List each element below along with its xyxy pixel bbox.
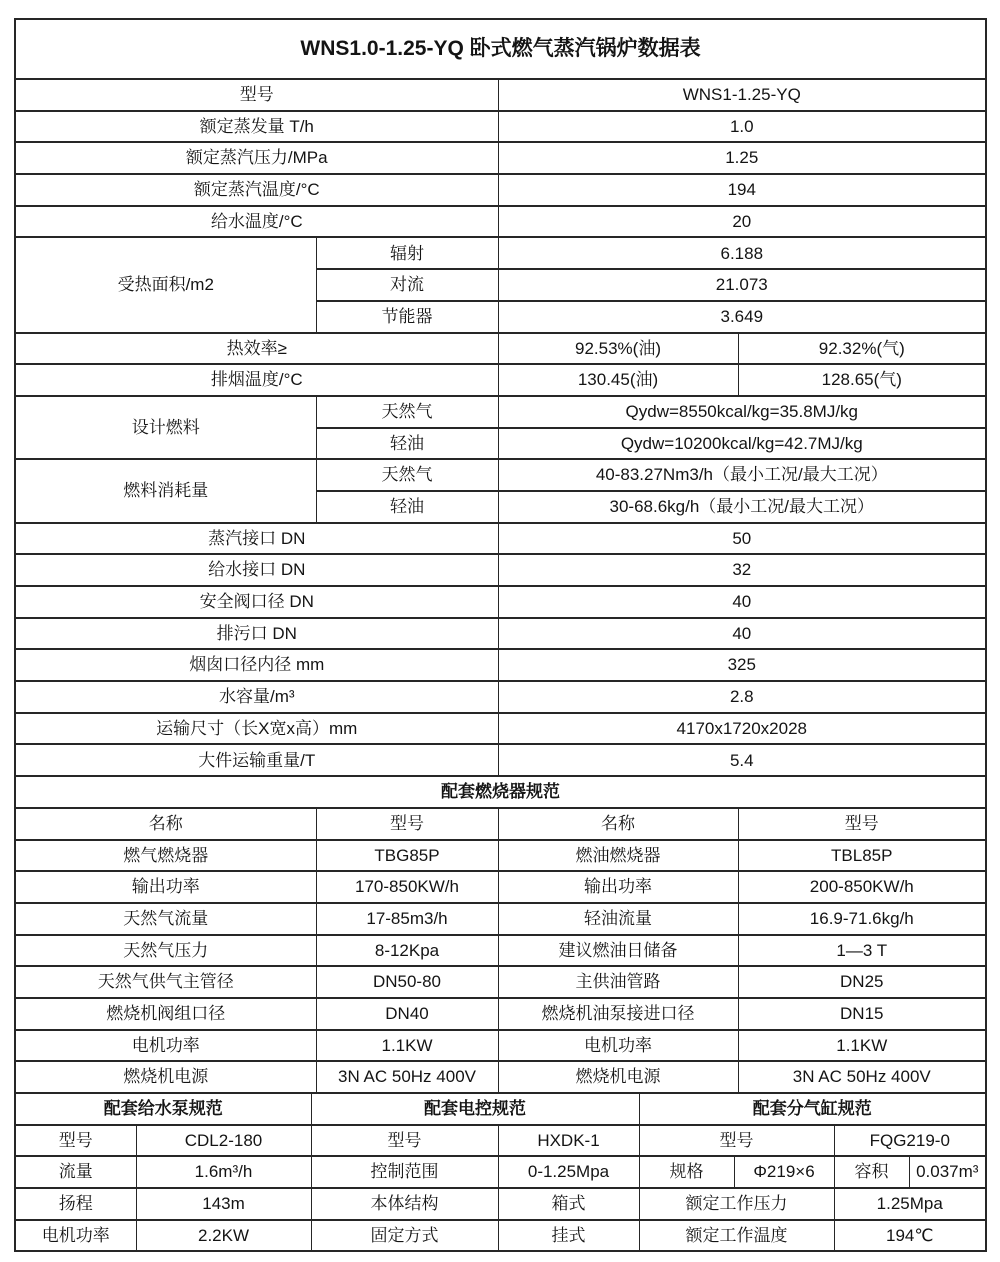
table-row: 蒸汽接口 DN50 — [15, 523, 986, 555]
spec-sublabel: 对流 — [316, 269, 498, 301]
spec-label: 流量 — [15, 1156, 136, 1188]
column-header: 型号 — [316, 808, 498, 840]
spec-value: 170-850KW/h — [316, 871, 498, 903]
spec-label: 排烟温度/°C — [15, 364, 498, 396]
spec-label: 输出功率 — [498, 871, 738, 903]
spec-value: TBG85P — [316, 840, 498, 872]
spec-value: 40 — [498, 586, 986, 618]
spec-value: 20 — [498, 206, 986, 238]
spec-label: 额定工作压力 — [639, 1188, 834, 1220]
spec-label: 受热面积/m2 — [15, 237, 316, 332]
spec-value: Φ219×6 — [734, 1156, 834, 1188]
spec-value: WNS1-1.25-YQ — [498, 79, 986, 111]
spec-label: 型号 — [15, 1125, 136, 1157]
spec-label: 控制范围 — [311, 1156, 498, 1188]
table-row: 运输尺寸（长X宽x高）mm4170x1720x2028 — [15, 713, 986, 745]
table-row: 扬程143m本体结构箱式额定工作压力1.25Mpa — [15, 1188, 986, 1220]
spec-label: 额定蒸发量 T/h — [15, 111, 498, 143]
spec-label: 燃烧机油泵接进口径 — [498, 998, 738, 1030]
table-row: 烟囱口径内径 mm325 — [15, 649, 986, 681]
table-row: 水容量/m³2.8 — [15, 681, 986, 713]
table-row: 额定蒸发量 T/h1.0 — [15, 111, 986, 143]
spec-sublabel: 节能器 — [316, 301, 498, 333]
table-row: 受热面积/m2辐射6.188 — [15, 237, 986, 269]
section-header: 配套分气缸规范 — [639, 1093, 986, 1125]
spec-label: 本体结构 — [311, 1188, 498, 1220]
spec-label: 型号 — [15, 79, 498, 111]
spec-label: 燃烧机电源 — [498, 1061, 738, 1093]
spec-label: 固定方式 — [311, 1220, 498, 1252]
spec-sublabel: 天然气 — [316, 459, 498, 491]
table-row: 燃烧机阀组口径DN40燃烧机油泵接进口径DN15 — [15, 998, 986, 1030]
table-row: 流量1.6m³/h控制范围0-1.25Mpa规格Φ219×6容积0.037m³ — [15, 1156, 986, 1188]
spec-label: 天然气供气主管径 — [15, 966, 316, 998]
table-row: 额定蒸汽温度/°C194 — [15, 174, 986, 206]
spec-label: 建议燃油日储备 — [498, 935, 738, 967]
spec-value: 2.8 — [498, 681, 986, 713]
spec-value: 1.6m³/h — [136, 1156, 311, 1188]
table-row: 配套燃烧器规范 — [15, 776, 986, 808]
spec-value: 40-83.27Nm3/h（最小工况/最大工况） — [498, 459, 986, 491]
spec-value: 325 — [498, 649, 986, 681]
spec-label: 安全阀口径 DN — [15, 586, 498, 618]
section-header: 配套电控规范 — [311, 1093, 639, 1125]
table-row: 安全阀口径 DN40 — [15, 586, 986, 618]
page: WNS1.0-1.25-YQ 卧式燃气蒸汽锅炉数据表型号WNS1-1.25-YQ… — [0, 0, 1000, 1262]
spec-value: 32 — [498, 554, 986, 586]
spec-value: 4170x1720x2028 — [498, 713, 986, 745]
table-row: 排烟温度/°C130.45(油)128.65(气) — [15, 364, 986, 396]
spec-label: 容积 — [834, 1156, 909, 1188]
spec-value: 0-1.25Mpa — [498, 1156, 639, 1188]
spec-label: 燃油燃烧器 — [498, 840, 738, 872]
section-header: 配套燃烧器规范 — [15, 776, 986, 808]
spec-value: 3.649 — [498, 301, 986, 333]
spec-value: Qydw=8550kcal/kg=35.8MJ/kg — [498, 396, 986, 428]
table-row: 天然气压力8-12Kpa建议燃油日储备1—3 T — [15, 935, 986, 967]
spec-label: 排污口 DN — [15, 618, 498, 650]
table-row: WNS1.0-1.25-YQ 卧式燃气蒸汽锅炉数据表 — [15, 19, 986, 79]
spec-label: 燃烧机电源 — [15, 1061, 316, 1093]
spec-value: 3N AC 50Hz 400V — [738, 1061, 986, 1093]
spec-value: 16.9-71.6kg/h — [738, 903, 986, 935]
spec-value: TBL85P — [738, 840, 986, 872]
spec-label: 额定工作温度 — [639, 1220, 834, 1252]
table-row: 给水温度/°C20 — [15, 206, 986, 238]
table-title: WNS1.0-1.25-YQ 卧式燃气蒸汽锅炉数据表 — [15, 19, 986, 79]
spec-label: 烟囱口径内径 mm — [15, 649, 498, 681]
spec-value: DN25 — [738, 966, 986, 998]
spec-label: 运输尺寸（长X宽x高）mm — [15, 713, 498, 745]
spec-value: 92.53%(油) — [498, 333, 738, 365]
spec-value: 30-68.6kg/h（最小工况/最大工况） — [498, 491, 986, 523]
spec-label: 电机功率 — [15, 1030, 316, 1062]
table-row: 给水接口 DN32 — [15, 554, 986, 586]
section-header: 配套给水泵规范 — [15, 1093, 311, 1125]
table-row: 型号CDL2-180型号HXDK-1型号FQG219-0 — [15, 1125, 986, 1157]
spec-value: HXDK-1 — [498, 1125, 639, 1157]
spec-label: 水容量/m³ — [15, 681, 498, 713]
spec-value: 194 — [498, 174, 986, 206]
spec-value: 5.4 — [498, 744, 986, 776]
spec-label: 规格 — [639, 1156, 734, 1188]
spec-label: 设计燃料 — [15, 396, 316, 459]
table-row: 电机功率1.1KW电机功率1.1KW — [15, 1030, 986, 1062]
spec-value: 200-850KW/h — [738, 871, 986, 903]
spec-value: CDL2-180 — [136, 1125, 311, 1157]
table-row: 额定蒸汽压力/MPa1.25 — [15, 142, 986, 174]
spec-label: 型号 — [311, 1125, 498, 1157]
spec-value: 1.1KW — [316, 1030, 498, 1062]
spec-value: 挂式 — [498, 1220, 639, 1252]
boiler-accessories-table: 配套给水泵规范配套电控规范配套分气缸规范型号CDL2-180型号HXDK-1型号… — [14, 1092, 987, 1252]
spec-label: 燃烧机阀组口径 — [15, 998, 316, 1030]
spec-value: FQG219-0 — [834, 1125, 986, 1157]
spec-label: 燃气燃烧器 — [15, 840, 316, 872]
spec-value: 1.0 — [498, 111, 986, 143]
column-header: 名称 — [498, 808, 738, 840]
table-row: 型号WNS1-1.25-YQ — [15, 79, 986, 111]
table-row: 排污口 DN40 — [15, 618, 986, 650]
spec-label: 输出功率 — [15, 871, 316, 903]
spec-value: 3N AC 50Hz 400V — [316, 1061, 498, 1093]
table-row: 大件运输重量/T5.4 — [15, 744, 986, 776]
spec-value: 128.65(气) — [738, 364, 986, 396]
spec-sublabel: 辐射 — [316, 237, 498, 269]
spec-value: 2.2KW — [136, 1220, 311, 1252]
column-header: 名称 — [15, 808, 316, 840]
spec-value: 1.1KW — [738, 1030, 986, 1062]
table-row: 名称型号名称型号 — [15, 808, 986, 840]
spec-value: 1.25 — [498, 142, 986, 174]
spec-value: 17-85m3/h — [316, 903, 498, 935]
table-row: 燃料消耗量天然气40-83.27Nm3/h（最小工况/最大工况） — [15, 459, 986, 491]
table-row: 燃气燃烧器TBG85P燃油燃烧器TBL85P — [15, 840, 986, 872]
table-row: 配套给水泵规范配套电控规范配套分气缸规范 — [15, 1093, 986, 1125]
column-header: 型号 — [738, 808, 986, 840]
spec-value: 50 — [498, 523, 986, 555]
spec-value: 箱式 — [498, 1188, 639, 1220]
spec-sublabel: 轻油 — [316, 491, 498, 523]
spec-label: 给水接口 DN — [15, 554, 498, 586]
table-row: 设计燃料天然气Qydw=8550kcal/kg=35.8MJ/kg — [15, 396, 986, 428]
spec-label: 大件运输重量/T — [15, 744, 498, 776]
spec-value: 6.188 — [498, 237, 986, 269]
spec-value: DN15 — [738, 998, 986, 1030]
spec-label: 扬程 — [15, 1188, 136, 1220]
table-row: 燃烧机电源3N AC 50Hz 400V燃烧机电源3N AC 50Hz 400V — [15, 1061, 986, 1093]
spec-value: DN50-80 — [316, 966, 498, 998]
boiler-main-spec-table: WNS1.0-1.25-YQ 卧式燃气蒸汽锅炉数据表型号WNS1-1.25-YQ… — [14, 18, 987, 1094]
spec-label: 天然气压力 — [15, 935, 316, 967]
spec-label: 额定蒸汽压力/MPa — [15, 142, 498, 174]
spec-label: 给水温度/°C — [15, 206, 498, 238]
table-row: 输出功率170-850KW/h输出功率200-850KW/h — [15, 871, 986, 903]
spec-label: 额定蒸汽温度/°C — [15, 174, 498, 206]
spec-label: 蒸汽接口 DN — [15, 523, 498, 555]
spec-label: 燃料消耗量 — [15, 459, 316, 522]
spec-label: 热效率≥ — [15, 333, 498, 365]
spec-value: 21.073 — [498, 269, 986, 301]
table-row: 电机功率2.2KW固定方式挂式额定工作温度194℃ — [15, 1220, 986, 1252]
spec-value: 194℃ — [834, 1220, 986, 1252]
spec-sheet: WNS1.0-1.25-YQ 卧式燃气蒸汽锅炉数据表型号WNS1-1.25-YQ… — [14, 18, 987, 1252]
table-row: 天然气流量17-85m3/h轻油流量16.9-71.6kg/h — [15, 903, 986, 935]
spec-value: 1.25Mpa — [834, 1188, 986, 1220]
spec-value: 143m — [136, 1188, 311, 1220]
spec-value: DN40 — [316, 998, 498, 1030]
spec-value: 130.45(油) — [498, 364, 738, 396]
spec-value: 92.32%(气) — [738, 333, 986, 365]
spec-label: 电机功率 — [15, 1220, 136, 1252]
spec-value: 8-12Kpa — [316, 935, 498, 967]
spec-label: 主供油管路 — [498, 966, 738, 998]
spec-sublabel: 轻油 — [316, 428, 498, 460]
spec-value: Qydw=10200kcal/kg=42.7MJ/kg — [498, 428, 986, 460]
spec-label: 型号 — [639, 1125, 834, 1157]
spec-label: 天然气流量 — [15, 903, 316, 935]
table-row: 天然气供气主管径DN50-80主供油管路DN25 — [15, 966, 986, 998]
spec-value: 1—3 T — [738, 935, 986, 967]
spec-sublabel: 天然气 — [316, 396, 498, 428]
spec-value: 0.037m³ — [909, 1156, 986, 1188]
spec-label: 电机功率 — [498, 1030, 738, 1062]
spec-value: 40 — [498, 618, 986, 650]
spec-label: 轻油流量 — [498, 903, 738, 935]
table-row: 热效率≥92.53%(油)92.32%(气) — [15, 333, 986, 365]
